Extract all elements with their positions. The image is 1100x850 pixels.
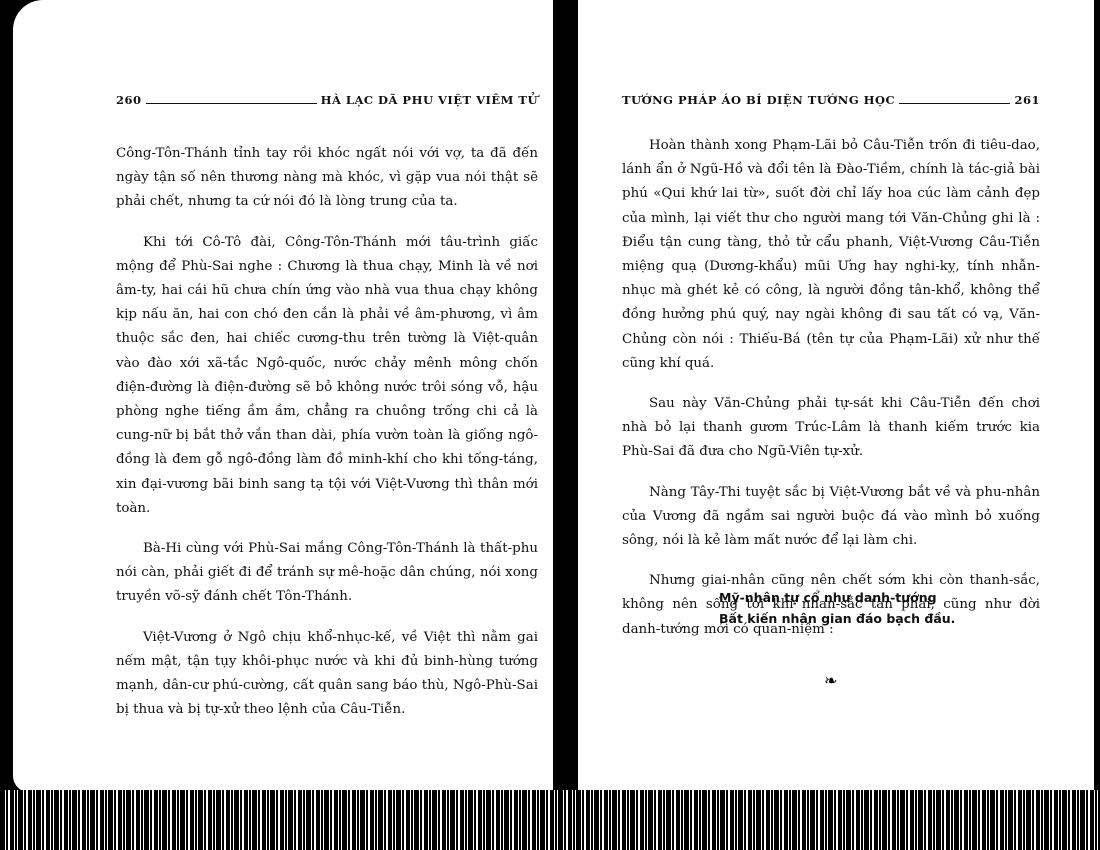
paragraph: Việt-Vương ở Ngô chịu khổ-nhục-kế, về Vi… — [116, 626, 538, 723]
verse-quote: Mỹ-nhân tự cổ như danh-tướng Bất kiến nh… — [719, 587, 955, 629]
left-running-header: 260 HÀ LẠC DÃ PHU VIỆT VIÊM TỬ — [116, 93, 538, 107]
header-rule — [899, 103, 1010, 104]
left-page: 260 HÀ LẠC DÃ PHU VIỆT VIÊM TỬ Công-Tôn-… — [13, 0, 553, 792]
page-number: 260 — [116, 93, 142, 107]
paragraph: Bà-Hi cùng với Phù-Sai mắng Công-Tôn-Thá… — [116, 537, 538, 610]
verse-line: Mỹ-nhân tự cổ như danh-tướng — [719, 587, 955, 608]
running-head-title: HÀ LẠC DÃ PHU VIỆT VIÊM TỬ — [321, 93, 538, 107]
header-rule — [146, 103, 317, 104]
verse-line: Bất kiến nhân gian đáo bạch đầu. — [719, 608, 955, 629]
book-gutter — [553, 0, 578, 850]
paragraph: Khi tới Cô-Tô đài, Công-Tôn-Thánh mới tâ… — [116, 231, 538, 521]
fleuron-ornament-icon: ❧ — [824, 671, 837, 690]
left-body-text: Công-Tôn-Thánh tỉnh tay rồi khóc ngất nó… — [116, 142, 538, 738]
page-number: 261 — [1014, 93, 1040, 107]
paragraph: Hoàn thành xong Phạm-Lãi bỏ Câu-Tiễn trố… — [622, 134, 1040, 376]
right-page: TƯỚNG PHÁP ÁO BÍ DIỆN TƯỚNG HỌC 261 Hoàn… — [578, 0, 1094, 792]
right-running-header: TƯỚNG PHÁP ÁO BÍ DIỆN TƯỚNG HỌC 261 — [622, 93, 1040, 107]
scan-border-stripes — [0, 790, 1100, 850]
paragraph: Công-Tôn-Thánh tỉnh tay rồi khóc ngất nó… — [116, 142, 538, 215]
paragraph: Sau này Văn-Chủng phải tự-sát khi Câu-Ti… — [622, 392, 1040, 465]
paragraph: Nàng Tây-Thi tuyệt sắc bị Việt-Vương bắt… — [622, 481, 1040, 554]
running-head-title: TƯỚNG PHÁP ÁO BÍ DIỆN TƯỚNG HỌC — [622, 93, 895, 107]
right-body-text: Hoàn thành xong Phạm-Lãi bỏ Câu-Tiễn trố… — [622, 134, 1040, 658]
scan-edge — [1094, 0, 1100, 850]
